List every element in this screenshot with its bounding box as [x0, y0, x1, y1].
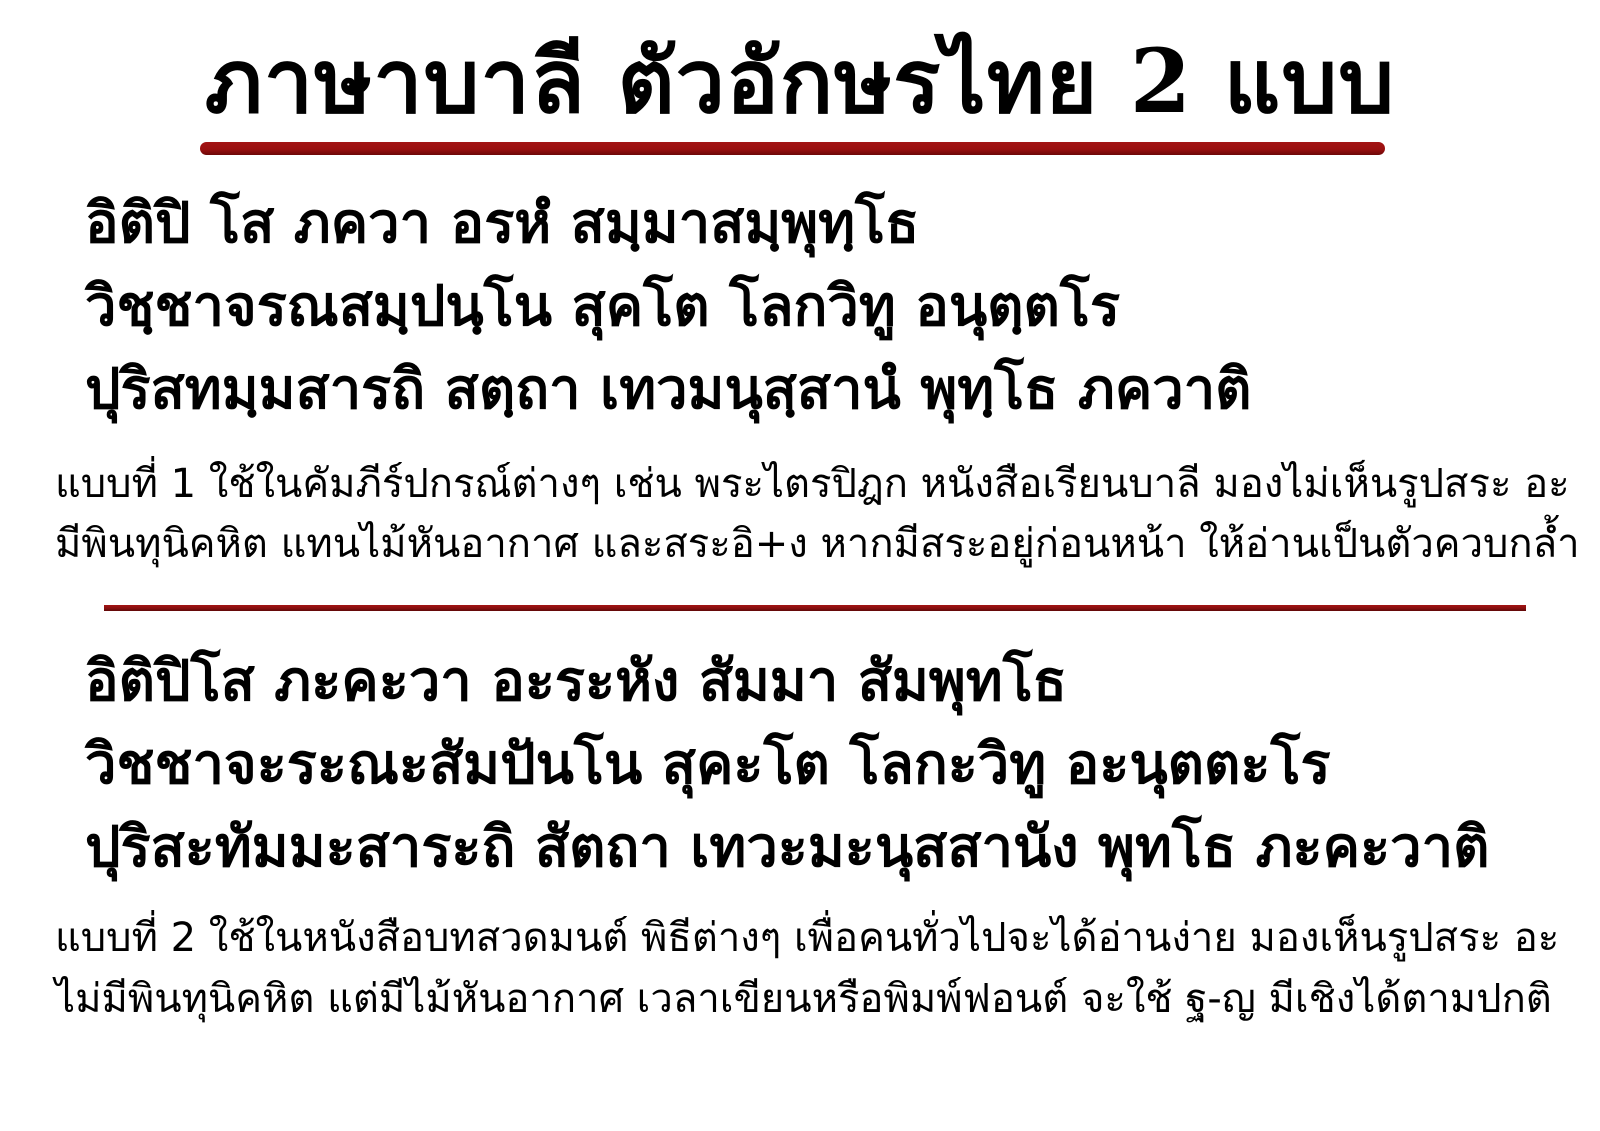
pali-style1-line-1: อิติปิ โส ภควา อรหํ สมฺมาสมฺพุทฺโธ: [85, 183, 1600, 266]
title-underline: [200, 142, 1385, 155]
pali-style2-line-3: ปุริสะทัมมะสาระถิ สัตถา เทวะมะนุสสานัง พ…: [85, 807, 1600, 890]
pali-style2-line-1: อิติปิโส ภะคะวา อะระหัง สัมมา สัมพุทโธ: [85, 641, 1600, 724]
section-divider: [104, 605, 1526, 611]
style2-note-line-1: แบบที่ 2 ใช้ในหนังสือบทสวดมนต์ พิธีต่างๆ…: [55, 908, 1545, 969]
pali-style1-block: อิติปิ โส ภควา อรหํ สมฺมาสมฺพุทฺโธ วิชฺช…: [85, 183, 1600, 432]
pali-style2-line-2: วิชชาจะระณะสัมปันโน สุคะโต โลกะวิทู อะนุ…: [85, 724, 1600, 807]
slide: ภาษาบาลี ตัวอักษรไทย 2 แบบ อิติปิ โส ภคว…: [0, 0, 1600, 1131]
page-title: ภาษาบาลี ตัวอักษรไทย 2 แบบ: [0, 26, 1600, 136]
pali-style1-line-2: วิชฺชาจรณสมฺปนฺโน สุคโต โลกวิทู อนุตฺตโร: [85, 266, 1600, 349]
style1-note: แบบที่ 1 ใช้ในคัมภีร์ปกรณ์ต่างๆ เช่น พระ…: [0, 454, 1600, 576]
style2-note: แบบที่ 2 ใช้ในหนังสือบทสวดมนต์ พิธีต่างๆ…: [0, 908, 1600, 1030]
style1-note-line-2: มีพินทุนิคหิต แทนไม้หันอากาศ และสระอิ+ง …: [55, 514, 1545, 575]
style1-note-line-1: แบบที่ 1 ใช้ในคัมภีร์ปกรณ์ต่างๆ เช่น พระ…: [55, 454, 1545, 515]
pali-style1-line-3: ปุริสทมฺมสารถิ สตฺถา เทวมนุสฺสานํ พุทฺโธ…: [85, 349, 1600, 432]
style2-note-line-2: ไม่มีพินทุนิคหิต แต่มีไม้หันอากาศ เวลาเข…: [55, 969, 1545, 1030]
pali-style2-block: อิติปิโส ภะคะวา อะระหัง สัมมา สัมพุทโธ ว…: [85, 641, 1600, 890]
